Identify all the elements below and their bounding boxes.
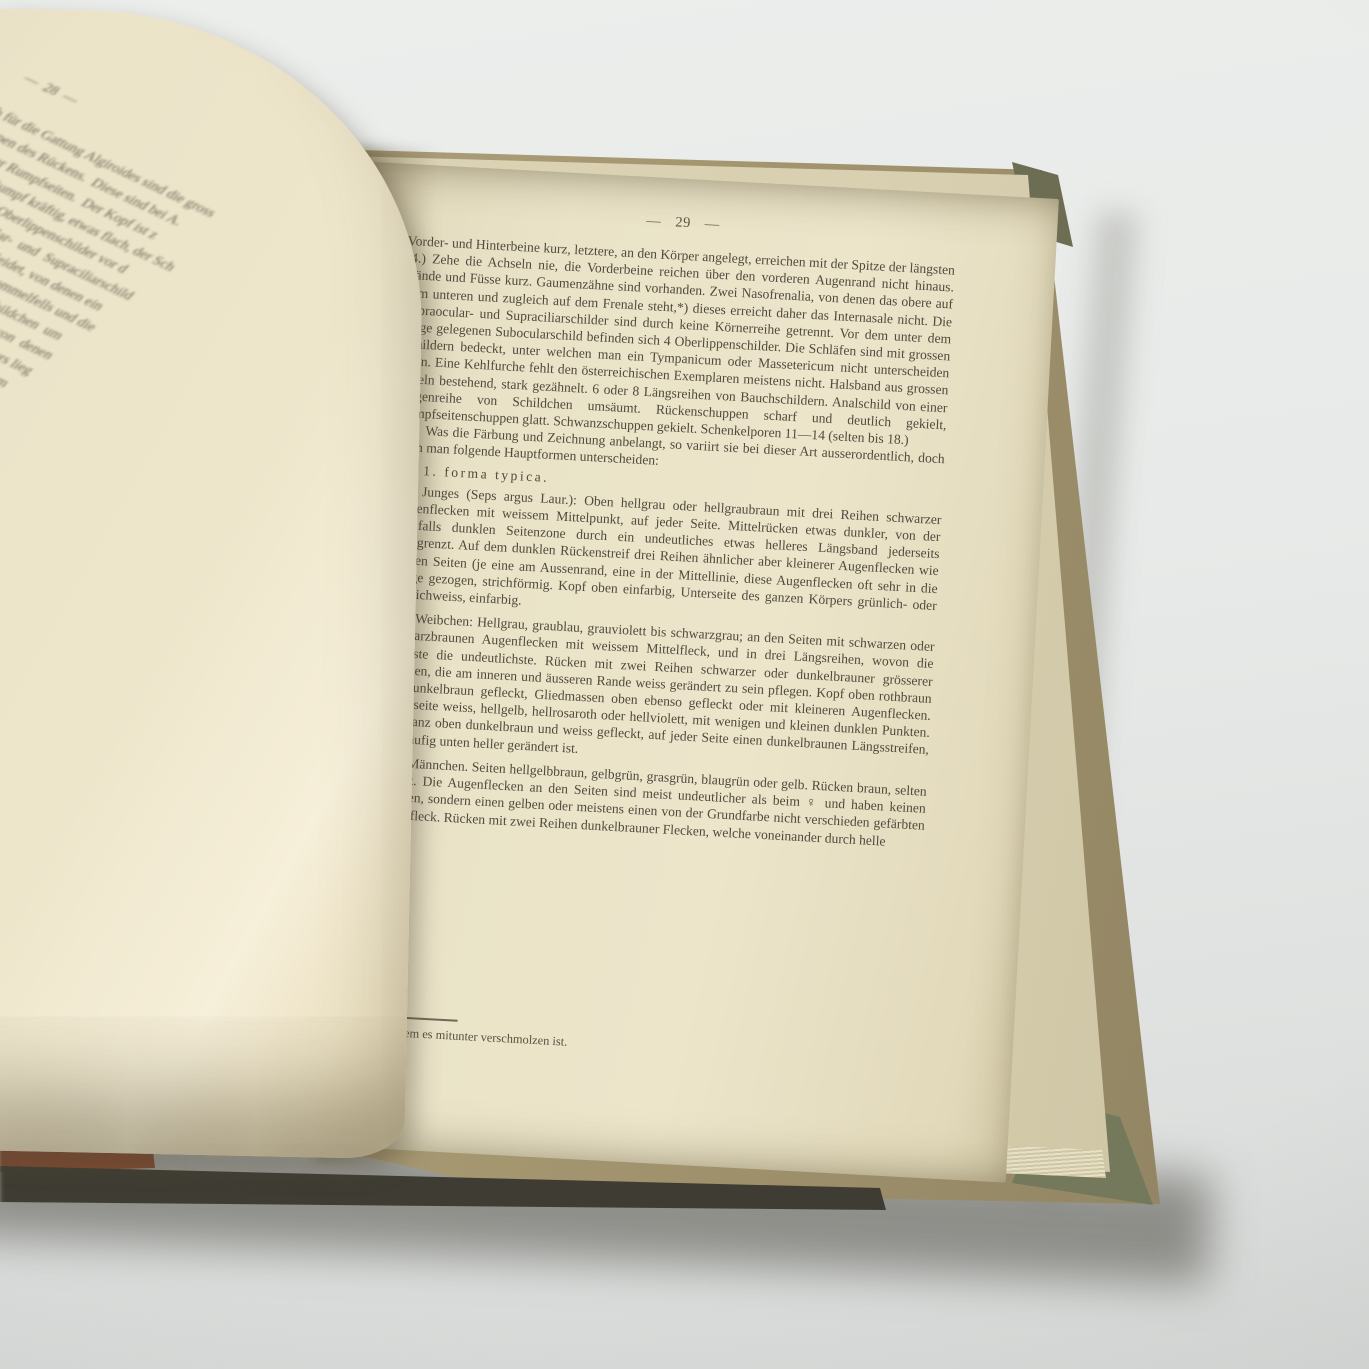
footnote: *) mit dem es mitunter verschmolzen ist. [364,1015,785,1061]
header-dash-left: — [646,213,662,230]
right-page-text-block: Vorder- und Hinterbeine kurz, letztere, … [376,232,955,851]
paragraph-weibchen: Weibchen: Hellgrau, graublau, grauviolet… [380,609,935,776]
footnote-text: *) mit dem es mitunter verschmolzen ist. [364,1023,784,1061]
right-page-number: 29 [675,214,691,231]
paragraph-junges: Junges (Seps argus Laur.): Oben hellgrau… [388,481,942,631]
left-page-text-block: — 28 — teristisch für die Gattung Algiro… [0,51,428,1133]
left-page-turning: — 28 — teristisch für die Gattung Algiro… [0,8,428,1159]
photo-of-open-book: —29— Vorder- und Hinterbeine kurz, letzt… [0,0,1369,1369]
header-dash-right: — [704,216,720,233]
paragraph-morphology: Vorder- und Hinterbeine kurz, letztere, … [398,232,955,451]
